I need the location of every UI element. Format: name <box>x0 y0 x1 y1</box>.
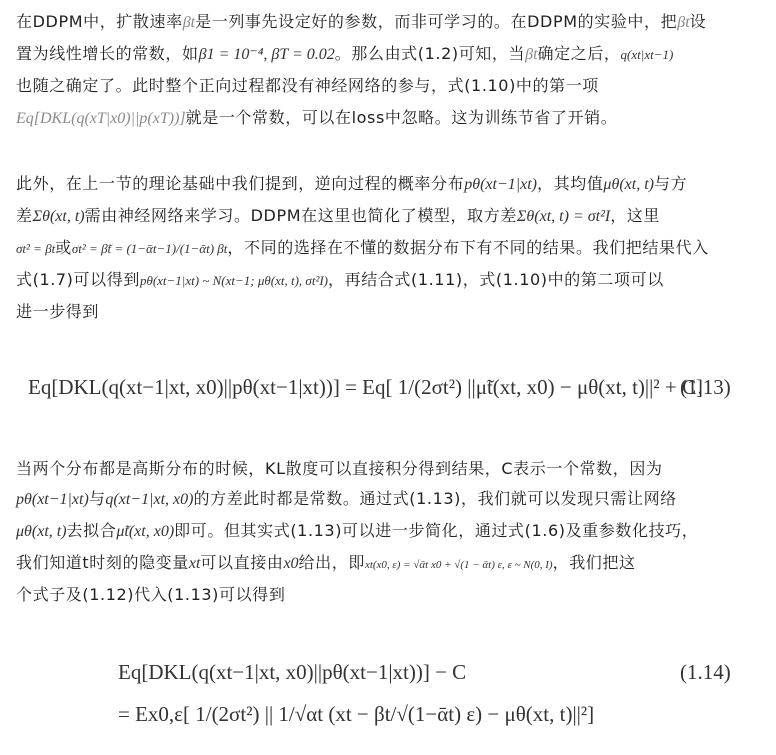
p2-line-2: 差Σθ(xt, t)需由神经网络来学习。DDPM在这里也简化了模型，取方差Σθ(… <box>16 204 660 229</box>
p2-line-5: 进一步得到 <box>16 300 99 324</box>
text: 个式子及(1.12)代入(1.13)可以得到 <box>16 585 285 604</box>
p3-line-2: pθ(xt−1|xt)与q(xt−1|xt, x0)的方差此时都是常数。通过式(… <box>16 487 677 512</box>
p1-line-1: 在DDPM中，扩散速率βt是一列事先设定好的参数，而非可学习的。在DDPM的实验… <box>16 10 706 35</box>
math-sigma-beta: σt² = βt <box>16 241 55 256</box>
text: 去拟合 <box>67 521 117 540</box>
text: 也随之确定了。此时整个正向过程都没有神经网络的参与，式(1.10)中的第一项 <box>16 76 599 95</box>
math-mu-tilde: μ̃t(xt, x0) <box>116 523 174 540</box>
equation-rhs: = Eq[ 1/(2σt²) ||μ̃t(xt, x0) − μθ(xt, t)… <box>345 375 703 399</box>
text: 式(1.7)可以得到 <box>16 270 140 289</box>
text: 设 <box>690 12 707 31</box>
math-beta-tilde: σt² = β̃t = (1−ᾱt−1)/(1−ᾱt) βt <box>72 241 228 256</box>
equation-line-2: = Ex0,ε[ 1/(2σt²) || 1/√αt (xt − βt/√(1−… <box>118 702 594 727</box>
text: 就是一个常数，可以在loss中忽略。这为训练节省了开销。 <box>186 108 618 127</box>
p3-line-5: 个式子及(1.12)代入(1.13)可以得到 <box>16 583 285 607</box>
equation-number: (1.14) <box>680 660 731 685</box>
text: 进一步得到 <box>16 302 99 321</box>
text: ，我们把这 <box>553 553 636 572</box>
math-beta-t: βt <box>183 14 195 31</box>
math-sigma-theta: Σθ(xt, t) <box>33 208 85 225</box>
p3-line-4: 我们知道t时刻的隐变量xt可以直接由x0给出，即xt(x0, ε) = √ᾱt … <box>16 551 636 577</box>
text: 置为线性增长的常数，如 <box>16 44 199 63</box>
text: ，不同的选择在不懂的数据分布下有不同的结果。我们把结果代入 <box>227 238 708 257</box>
equation-body: Eq[DKL(q(xt−1|xt, x0)||pθ(xt−1|xt))] = E… <box>28 375 703 400</box>
p2-line-1: 此外，在上一节的理论基础中我们提到，逆向过程的概率分布pθ(xt−1|xt)，其… <box>16 172 687 197</box>
text: 当两个分布都是高斯分布的时候，KL散度可以直接积分得到结果，C表示一个常数，因为 <box>16 459 663 478</box>
math-q: q(xt|xt−1) <box>621 47 674 62</box>
math-beta-t: βt <box>525 46 537 63</box>
math-reparam: xt(x0, ε) = √ᾱt x0 + √(1 − ᾱt) ε, ε ~ N(… <box>365 559 553 571</box>
text: ，再结合式(1.11)，式(1.10)中的第二项可以 <box>328 270 664 289</box>
math-p-theta: pθ(xt−1|xt) <box>16 491 89 508</box>
math-beta-t: βt <box>677 14 689 31</box>
math-p-normal: pθ(xt−1|xt) ~ N(xt−1; μθ(xt, t), σt²I) <box>140 273 328 288</box>
text: 与方 <box>654 174 687 193</box>
p2-line-3: σt² = βt或σt² = β̃t = (1−ᾱt−1)/(1−ᾱt) βt，… <box>16 236 709 261</box>
text: 或 <box>55 238 72 257</box>
text: 可以直接由 <box>200 553 283 572</box>
text: 的方差此时都是常数。通过式(1.13)，我们就可以发现只需让网络 <box>193 489 676 508</box>
equation-lhs: Eq[DKL(q(xt−1|xt, x0)||pθ(xt−1|xt))] <box>28 375 340 399</box>
math-p-theta: pθ(xt−1|xt) <box>464 176 537 193</box>
equation-number: (1.13) <box>680 375 731 400</box>
math-beta-values: β1 = 10⁻⁴, βT = 0.02 <box>199 46 335 63</box>
p1-line-2: 置为线性增长的常数，如β1 = 10⁻⁴, βT = 0.02。那么由式(1.2… <box>16 42 673 67</box>
p3-line-1: 当两个分布都是高斯分布的时候，KL散度可以直接积分得到结果，C表示一个常数，因为 <box>16 457 663 481</box>
p1-line-4: Eq[DKL(q(xT|x0)||p(xT))]就是一个常数，可以在loss中忽… <box>16 106 617 131</box>
text: 即可。但其实式(1.13)可以进一步简化，通过式(1.6)及重参数化技巧， <box>174 521 698 540</box>
text: 确定之后， <box>538 44 621 63</box>
math-kl-term: Eq[DKL(q(xT|x0)||p(xT))] <box>16 110 186 127</box>
text: 给出，即 <box>299 553 365 572</box>
math-xt: xt <box>189 555 201 572</box>
text: ，其均值 <box>537 174 603 193</box>
text: 与 <box>89 489 106 508</box>
math-q: q(xt−1|xt, x0) <box>105 491 193 508</box>
equation-line-1: Eq[DKL(q(xt−1|xt, x0)||pθ(xt−1|xt))] − C <box>118 660 466 685</box>
text: 在DDPM中，扩散速率 <box>16 12 183 31</box>
p2-line-4: 式(1.7)可以得到pθ(xt−1|xt) ~ N(xt−1; μθ(xt, t… <box>16 268 664 293</box>
p1-line-3: 也随之确定了。此时整个正向过程都没有神经网络的参与，式(1.10)中的第一项 <box>16 74 599 98</box>
text: 是一列事先设定好的参数，而非可学习的。在DDPM的实验中，把 <box>195 12 677 31</box>
text: ，这里 <box>610 206 660 225</box>
math-mu-theta: μθ(xt, t) <box>16 523 67 540</box>
math-mu-theta: μθ(xt, t) <box>603 176 654 193</box>
text: 。那么由式(1.2)可知，当 <box>335 44 525 63</box>
text: 此外，在上一节的理论基础中我们提到，逆向过程的概率分布 <box>16 174 464 193</box>
text: 差 <box>16 206 33 225</box>
math-x0: x0 <box>283 555 298 572</box>
math-variance: Σθ(xt, t) = σt²I <box>517 208 610 225</box>
text: 我们知道t时刻的隐变量 <box>16 553 189 572</box>
text: 需由神经网络来学习。DDPM在这里也简化了模型，取方差 <box>85 206 517 225</box>
p3-line-3: μθ(xt, t)去拟合μ̃t(xt, x0)即可。但其实式(1.13)可以进一… <box>16 519 698 544</box>
